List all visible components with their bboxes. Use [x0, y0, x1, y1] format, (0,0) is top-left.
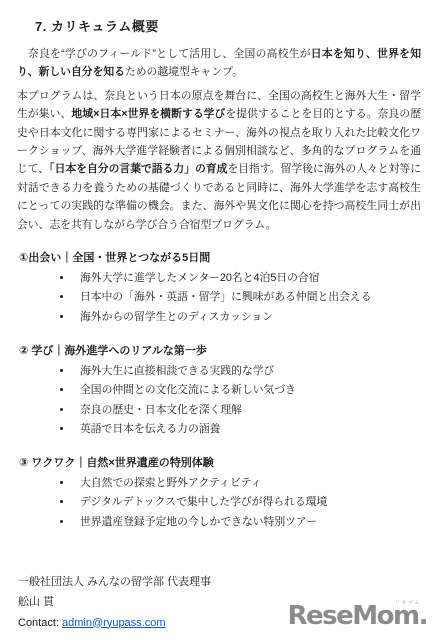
section-encounter: ①出会い｜全国・世界とつながる5日間 海外大学に進学したメンター20名と4泊5日… [17, 249, 421, 327]
resemom-logo-ruby: リセマム [395, 599, 421, 606]
bullet-item: 海外大生に直接相談できる実践的な学び [73, 362, 421, 381]
bullet-item: 海外からの留学生とのディスカッション [73, 308, 421, 327]
bullet-item: 英語で日本を伝える力の涵養 [73, 420, 421, 439]
section-learning-bullets: 海外大生に直接相談できる実践的な学び 全国の仲間との文化交流による新しい気づき … [17, 362, 421, 439]
section-learning: ② 学び｜海外進学へのリアルな第一歩 海外大生に直接相談できる実践的な学び 全国… [17, 342, 421, 439]
bullet-item: 奈良の歴史・日本文化を深く理解 [73, 401, 421, 420]
bullet-item: 大自然での探索と野外アクティビティ [73, 474, 421, 493]
footer-contact-line: Contact: admin@ryupass.com [18, 613, 211, 634]
section-learning-heading: ② 学び｜海外進学へのリアルな第一歩 [19, 342, 421, 358]
email-link[interactable]: admin@ryupass.com [62, 617, 165, 629]
section-excitement: ③ ワクワク｜自然×世界遺産の特別体験 大自然での探索と野外アクティビティ デジ… [17, 454, 421, 532]
page-title: 7. カリキュラム概要 [35, 16, 421, 35]
section-excitement-bullets: 大自然での探索と野外アクティビティ デジタルデトックスで集中した学びが得られる環… [17, 474, 421, 532]
section-encounter-heading: ①出会い｜全国・世界とつながる5日間 [19, 249, 421, 265]
intro-paragraph: 奈良を“学びのフィールド”として活用し、全国の高校生が日本を知り、世界を知り、新… [17, 45, 421, 82]
body-paragraph: 本プログラムは、奈良という日本の原点を舞台に、全国の高校生と海外大生・留学生が集… [17, 87, 421, 234]
bullet-item: 海外大学に進学したメンター20名と4泊5日の合宿 [73, 269, 421, 288]
resemom-logo: ReseMom. リセマム [288, 601, 427, 631]
footer-org-line: 一般社団法人 みんなの留学部 代表理事 [18, 572, 211, 593]
section-excitement-heading: ③ ワクワク｜自然×世界遺産の特別体験 [19, 454, 421, 470]
document-page: 7. カリキュラム概要 奈良を“学びのフィールド”として活用し、全国の高校生が日… [0, 0, 437, 640]
bullet-item: 日本中の「海外・英語・留学」に興味がある仲間と出会える [73, 288, 421, 307]
bullet-item: 全国の仲間との文化交流による新しい気づき [73, 381, 421, 400]
footer-name-line: 舩山 貫 [18, 592, 211, 613]
bullet-item: 世界遺産登録予定地の今しかできない特別ツアー [73, 513, 421, 532]
contact-label: Contact: [18, 617, 62, 629]
footer-contact: 一般社団法人 みんなの留学部 代表理事 舩山 貫 Contact: admin@… [18, 572, 211, 634]
section-encounter-bullets: 海外大学に進学したメンター20名と4泊5日の合宿 日本中の「海外・英語・留学」に… [17, 269, 421, 327]
bullet-item: デジタルデトックスで集中した学びが得られる環境 [73, 493, 421, 512]
